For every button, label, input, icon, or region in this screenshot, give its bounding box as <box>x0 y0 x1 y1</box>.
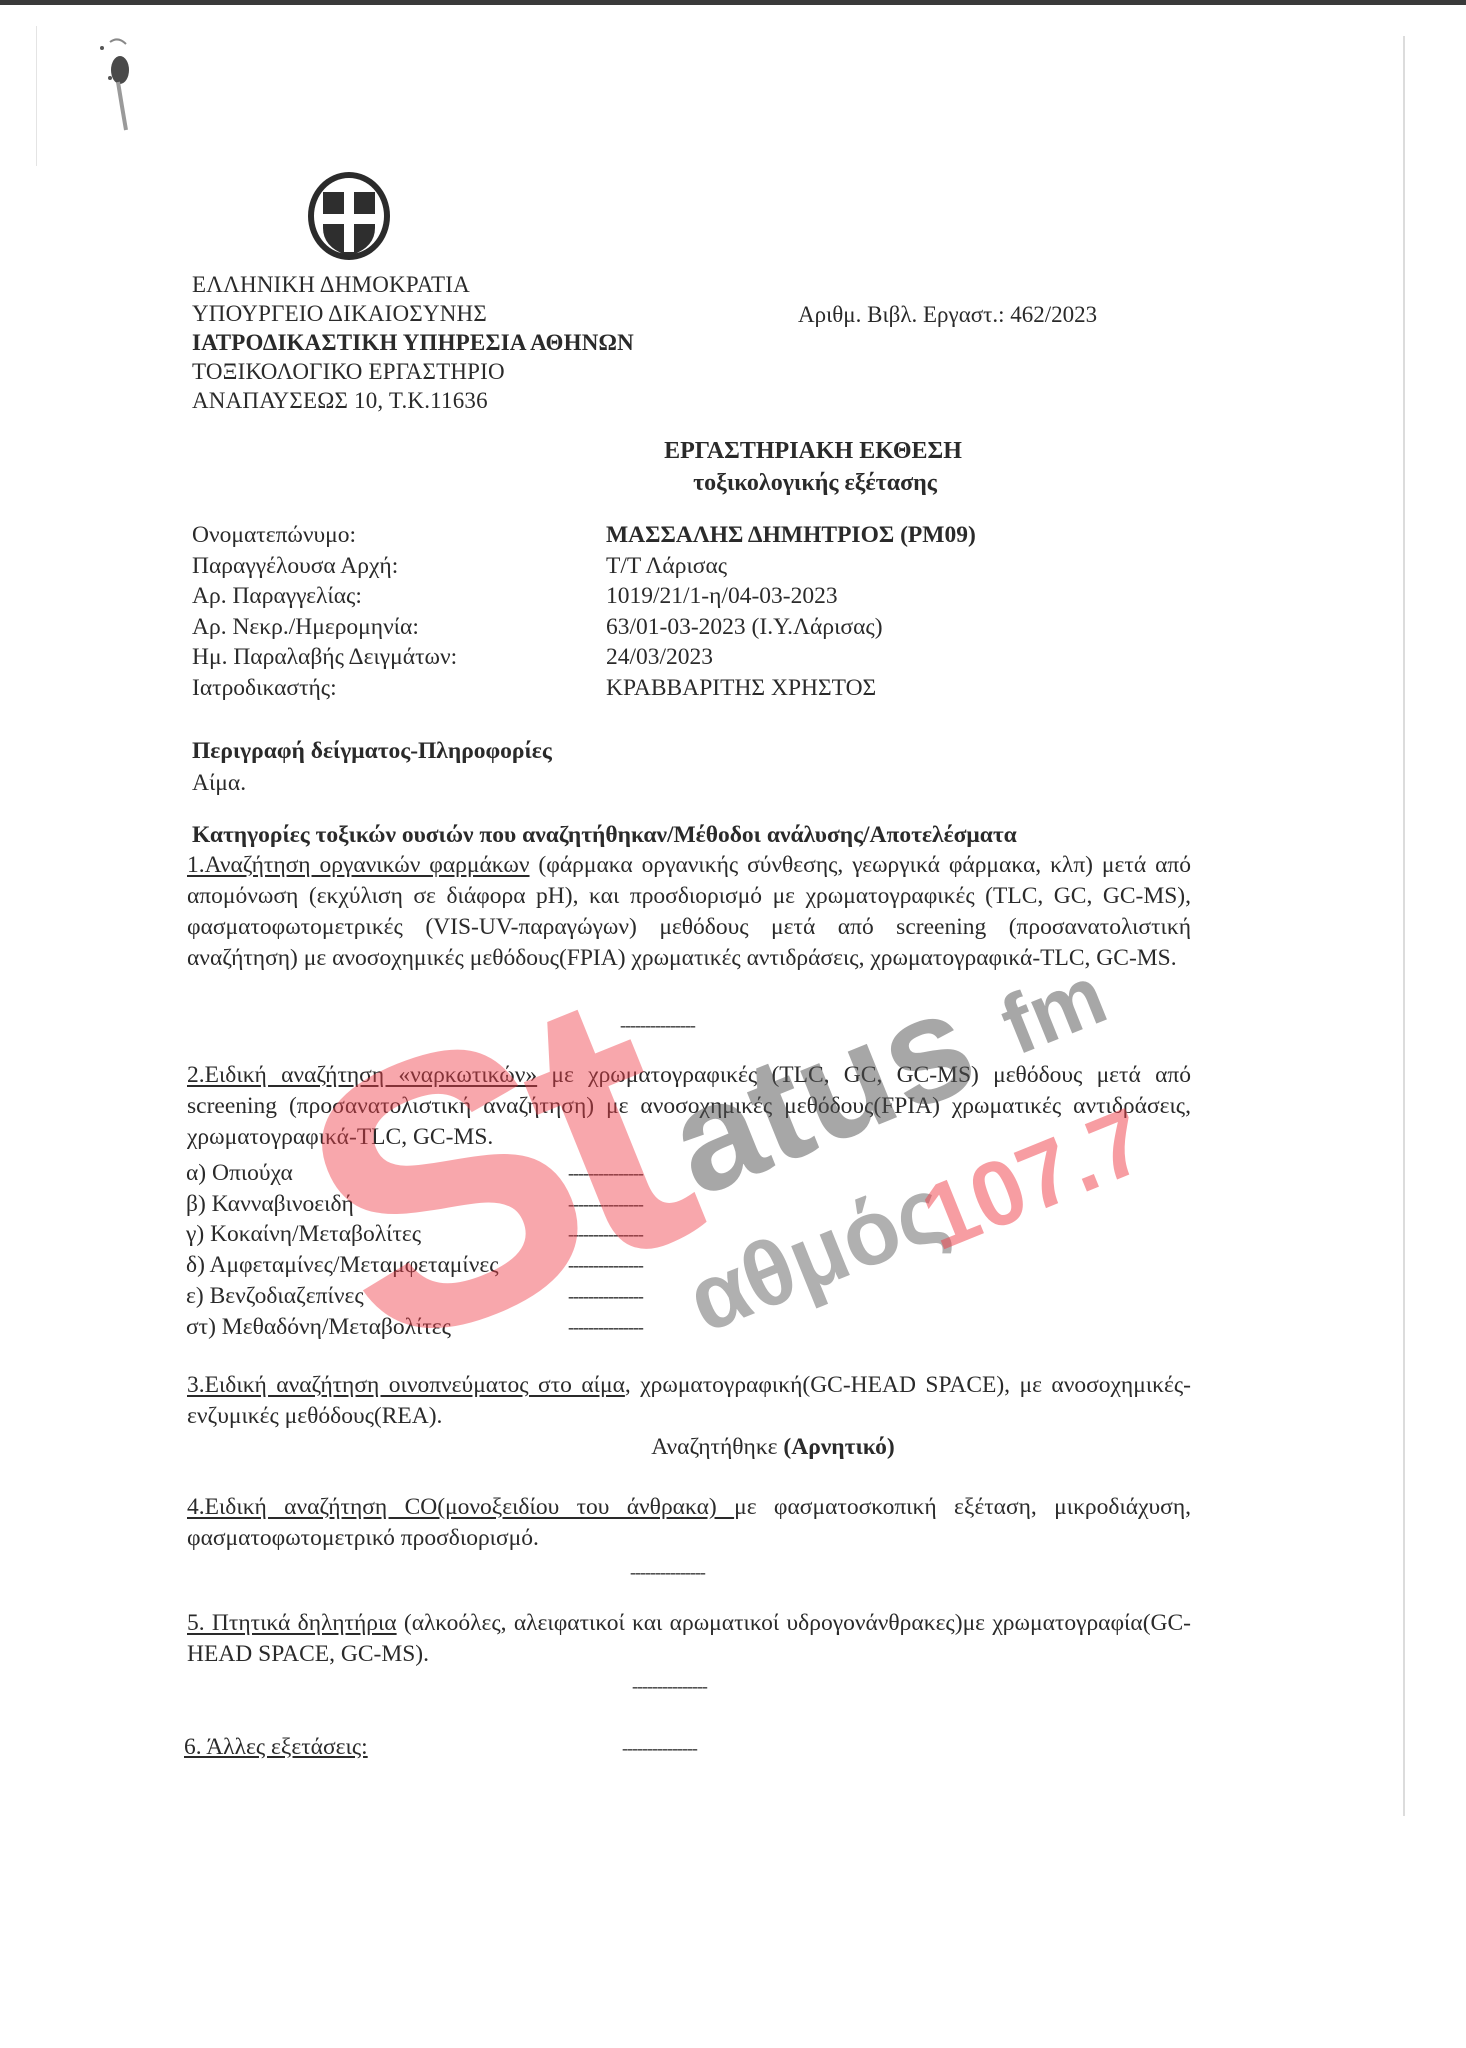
section-result: --------------- <box>632 1676 707 1697</box>
result-row: α) Οπιούχα --------------- <box>186 1158 643 1189</box>
detail-row-received: Ημ. Παραλαβής Δειγμάτων: 24/03/2023 <box>192 642 976 673</box>
result-row: β) Κανναβινοειδή --------------- <box>186 1189 643 1220</box>
header-line-service: ΙΑΤΡΟΔΙΚΑΣΤΙΚΗ ΥΠΗΡΕΣΙΑ ΑΘΗΝΩΝ <box>192 328 634 357</box>
substance-result: --------------- <box>568 1250 643 1281</box>
section-title: 4.Ειδική αναζήτηση CO(μονοξειδίου του άν… <box>187 1494 734 1520</box>
substance-name: στ) Μεθαδόνη/Μεταβολίτες <box>186 1312 568 1343</box>
detail-value: ΚΡΑΒΒΑΡΙΤΗΣ ΧΡΗΣΤΟΣ <box>606 673 876 704</box>
detail-label: Παραγγέλουσα Αρχή: <box>192 551 606 582</box>
detail-label: Ιατροδικαστής: <box>192 673 606 704</box>
report-title: ΕΡΓΑΣΤΗΡΙΑΚΗ ΕΚΘΕΣΗ <box>80 438 1466 465</box>
report-subtitle: τοξικολογικής εξέτασης <box>82 470 1466 497</box>
section-narcotics: 2.Ειδική αναζήτηση «ναρκωτικών» με χρωμα… <box>187 1060 1191 1153</box>
section-organic-drugs: 1.Αναζήτηση οργανικών φαρμάκων (φάρμακα … <box>187 850 1191 974</box>
narcotics-results: α) Οπιούχα --------------- β) Κανναβινοε… <box>186 1158 643 1342</box>
header-line-ministry: ΥΠΟΥΡΓΕΙΟ ΔΙΚΑΙΟΣΥΝΗΣ <box>192 299 634 328</box>
categories-heading: Κατηγορίες τοξικών ουσιών που αναζητήθηκ… <box>192 822 1017 849</box>
result-value: (Αρνητικό) <box>783 1434 894 1460</box>
section-result: --------------- <box>622 1738 697 1759</box>
detail-value: 24/03/2023 <box>606 642 713 673</box>
header-line-state: ΕΛΛΗΝΙΚΗ ΔΗΜΟΚΡΑΤΙΑ <box>192 270 634 299</box>
detail-row-order: Αρ. Παραγγελίας: 1019/21/1-η/04-03-2023 <box>192 581 976 612</box>
detail-value: Τ/Τ Λάρισας <box>606 551 727 582</box>
section-title: 3.Ειδική αναζήτηση οινοπνεύματος στο αίμ… <box>187 1372 625 1398</box>
substance-result: --------------- <box>568 1158 643 1189</box>
result-row: ε) Βενζοδιαζεπίνες --------------- <box>186 1281 643 1312</box>
issuer-header: ΕΛΛΗΝΙΚΗ ΔΗΜΟΚΡΑΤΙΑ ΥΠΟΥΡΓΕΙΟ ΔΙΚΑΙΟΣΥΝΗ… <box>192 270 634 415</box>
detail-label: Ονοματεπώνυμο: <box>192 520 606 551</box>
detail-row-autopsy: Αρ. Νεκρ./Ημερομηνία: 63/01-03-2023 (Ι.Υ… <box>192 612 976 643</box>
result-prefix: Αναζητήθηκε <box>651 1434 783 1460</box>
result-row: στ) Μεθαδόνη/Μεταβολίτες --------------- <box>186 1312 643 1343</box>
alcohol-result: Αναζητήθηκε (Αρνητικό) <box>40 1434 1466 1461</box>
substance-result: --------------- <box>568 1312 643 1343</box>
sample-heading: Περιγραφή δείγματος-Πληροφορίες <box>192 738 552 765</box>
result-row: δ) Αμφεταμίνες/Μεταμφεταμίνες ----------… <box>186 1250 643 1281</box>
section-other-tests: 6. Άλλες εξετάσεις: <box>184 1734 368 1761</box>
substance-result: --------------- <box>568 1189 643 1220</box>
detail-label: Ημ. Παραλαβής Δειγμάτων: <box>192 642 606 673</box>
result-row: γ) Κοκαίνη/Μεταβολίτες --------------- <box>186 1219 643 1250</box>
case-details: Ονοματεπώνυμο: ΜΑΣΣΑΛΗΣ ΔΗΜΗΤΡΙΟΣ (PM09)… <box>192 520 976 703</box>
section-title: 6. Άλλες εξετάσεις: <box>184 1734 368 1760</box>
sample-value: Αίμα. <box>192 770 246 797</box>
substance-result: --------------- <box>568 1219 643 1250</box>
section-title: 2.Ειδική αναζήτηση «ναρκωτικών» <box>187 1062 537 1088</box>
section-carbon-monoxide: 4.Ειδική αναζήτηση CO(μονοξειδίου του άν… <box>187 1492 1191 1554</box>
header-line-lab: ΤΟΞΙΚΟΛΟΓΙΚΟ ΕΡΓΑΣΤΗΡΙΟ <box>192 357 634 386</box>
detail-row-name: Ονοματεπώνυμο: ΜΑΣΣΑΛΗΣ ΔΗΜΗΤΡΙΟΣ (PM09) <box>192 520 976 551</box>
section-volatile-poisons: 5. Πτητικά δηλητήρια (αλκοόλες, αλειφατι… <box>187 1608 1191 1670</box>
detail-label: Αρ. Νεκρ./Ημερομηνία: <box>192 612 606 643</box>
greek-coat-of-arms-icon <box>306 170 392 262</box>
substance-result: --------------- <box>568 1281 643 1312</box>
detail-value: ΜΑΣΣΑΛΗΣ ΔΗΜΗΤΡΙΟΣ (PM09) <box>606 520 976 551</box>
section-result: --------------- <box>630 1562 705 1583</box>
detail-row-examiner: Ιατροδικαστής: ΚΡΑΒΒΑΡΙΤΗΣ ΧΡΗΣΤΟΣ <box>192 673 976 704</box>
lab-book-number: Αριθμ. Βιβλ. Εργαστ.: 462/2023 <box>798 302 1097 328</box>
section-result: --------------- <box>620 1015 695 1036</box>
section-title: 5. Πτητικά δηλητήρια <box>187 1610 397 1636</box>
substance-name: δ) Αμφεταμίνες/Μεταμφεταμίνες <box>186 1250 568 1281</box>
lab-report-page: ΕΛΛΗΝΙΚΗ ΔΗΜΟΚΡΑΤΙΑ ΥΠΟΥΡΓΕΙΟ ΔΙΚΑΙΟΣΥΝΗ… <box>0 0 1466 2048</box>
substance-name: ε) Βενζοδιαζεπίνες <box>186 1281 568 1312</box>
section-title: 1.Αναζήτηση οργανικών φαρμάκων <box>187 852 530 878</box>
detail-label: Αρ. Παραγγελίας: <box>192 581 606 612</box>
detail-value: 1019/21/1-η/04-03-2023 <box>606 581 838 612</box>
detail-row-authority: Παραγγέλουσα Αρχή: Τ/Τ Λάρισας <box>192 551 976 582</box>
substance-name: α) Οπιούχα <box>186 1158 568 1189</box>
substance-name: γ) Κοκαίνη/Μεταβολίτες <box>186 1219 568 1250</box>
substance-name: β) Κανναβινοειδή <box>186 1189 568 1220</box>
section-alcohol: 3.Ειδική αναζήτηση οινοπνεύματος στο αίμ… <box>187 1370 1191 1432</box>
header-line-address: ΑΝΑΠΑΥΣΕΩΣ 10, Τ.Κ.11636 <box>192 386 634 415</box>
detail-value: 63/01-03-2023 (Ι.Υ.Λάρισας) <box>606 612 883 643</box>
